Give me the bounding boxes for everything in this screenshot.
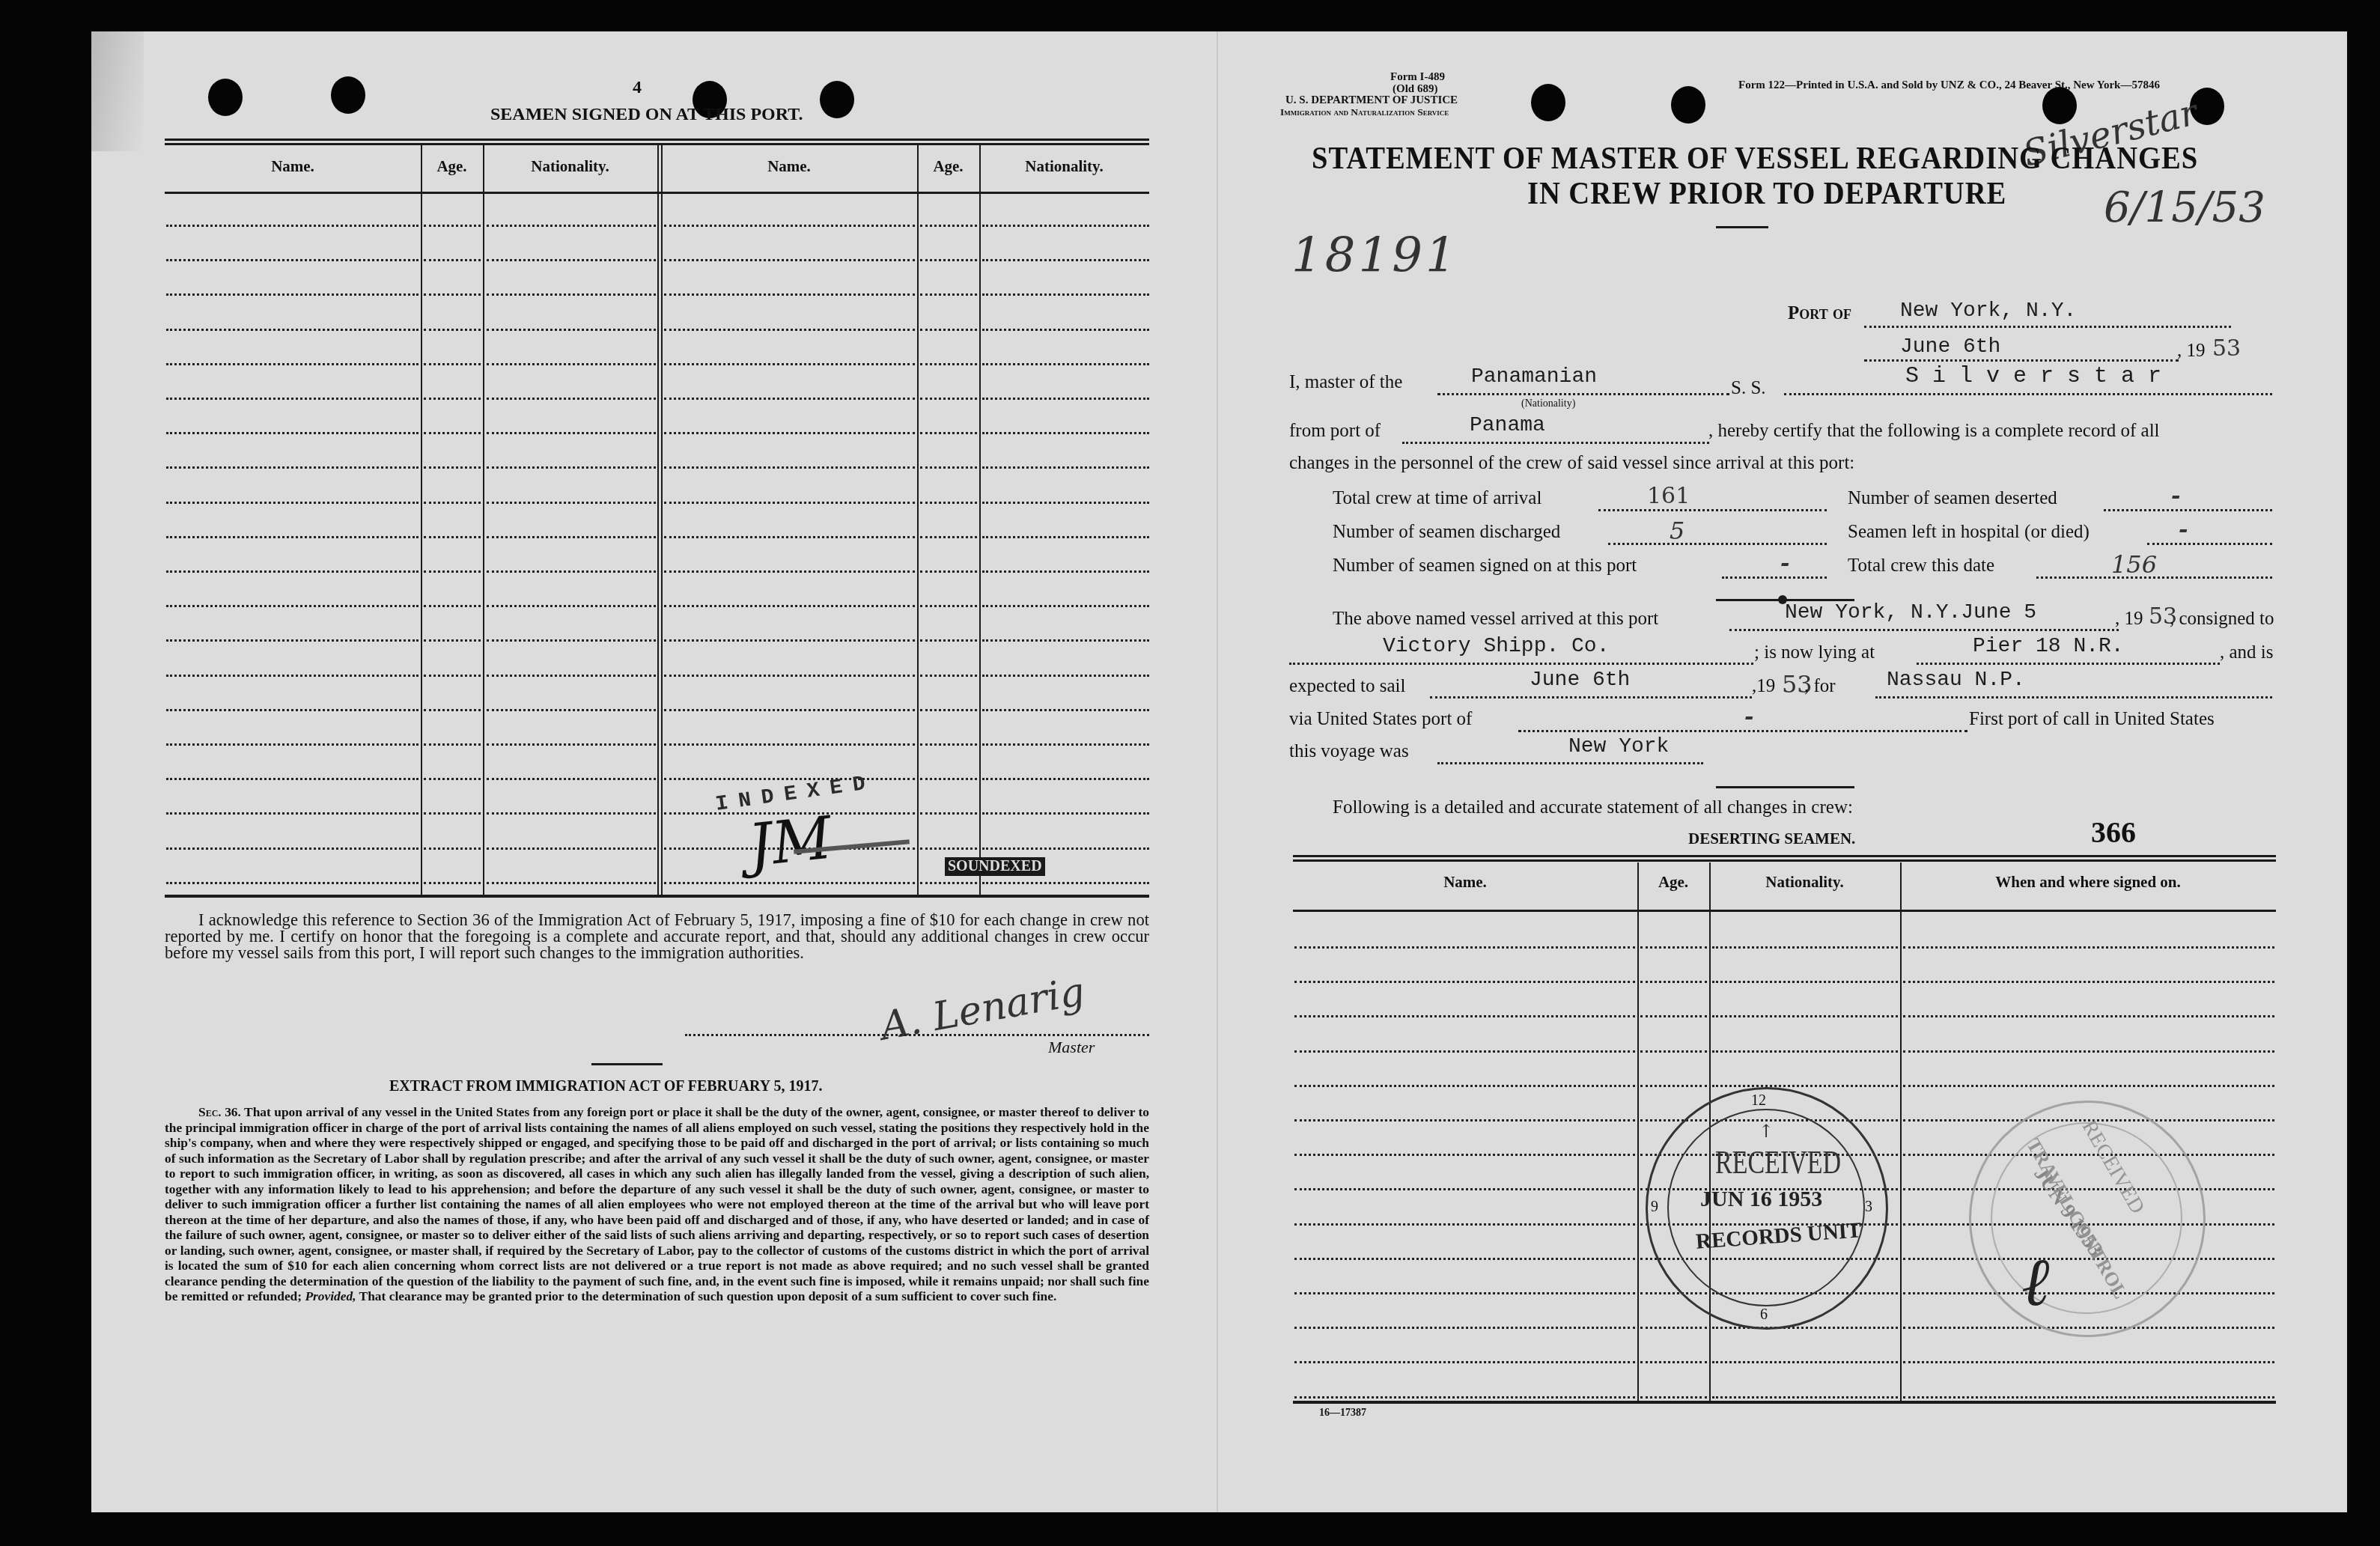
hospital-label: Seamen left in hospital (or died) [1848, 522, 2090, 543]
table-row-line [920, 743, 977, 746]
stamp-number: 366 [2091, 815, 2136, 850]
punch-hole [820, 81, 854, 118]
for-label: , for [1804, 676, 1836, 697]
port-of-value: New York, N.Y. [1900, 299, 2076, 323]
table-row-line [487, 812, 656, 815]
table-row-line [920, 536, 977, 538]
lying-label: ; is now lying at [1754, 642, 1875, 663]
extract-tail: That clearance may be granted prior to t… [359, 1288, 1057, 1303]
discharged-line [1608, 543, 1827, 545]
table-row-line [664, 466, 915, 469]
table-bottom-rule [165, 895, 1149, 898]
sail-label: expected to sail [1289, 676, 1406, 697]
table-row-line [166, 605, 419, 607]
certify-text: , hereby certify that the following is a… [1708, 421, 2160, 442]
table-row-line [982, 536, 1149, 538]
table-row-line [1712, 1327, 1898, 1329]
table-row-line [166, 882, 419, 884]
table-row-line [487, 605, 656, 607]
table-row-line [982, 398, 1149, 400]
master-label: Master [1048, 1038, 1095, 1057]
table-row-line [664, 743, 915, 746]
column-divider [979, 145, 981, 895]
column-header-age: Age. [1637, 873, 1709, 892]
handwritten-date-note: 6/15/53 [2104, 183, 2265, 232]
table-row-line [1294, 1396, 1635, 1399]
table-row-line [1903, 1361, 2274, 1363]
table-row-line [424, 293, 481, 296]
nationality-line [1437, 393, 1729, 395]
table-row-line [920, 259, 977, 261]
table-row-line [920, 502, 977, 504]
table-row-line [1712, 1050, 1898, 1053]
destination-line [1875, 696, 2272, 699]
title-underline [1716, 226, 1768, 228]
arrived-label: The above named vessel arrived at this p… [1333, 609, 1658, 630]
signed-on-value: - [1780, 550, 1789, 576]
received-label: RECEIVED [1715, 1145, 1841, 1181]
punch-hole [1531, 84, 1565, 121]
department-name: U. S. DEPARTMENT OF JUSTICE [1285, 94, 1458, 107]
total-date-label: Total crew this date [1848, 556, 1994, 576]
table-row-line [920, 570, 977, 573]
table-top-rule [1293, 855, 2276, 857]
form-number: Form I-489 [1390, 71, 1445, 84]
deserted-label: Number of seamen deserted [1848, 488, 2057, 509]
table-row-line [166, 847, 419, 850]
signature-line [685, 1034, 1149, 1036]
table-row-line [664, 605, 915, 607]
table-row-line [424, 605, 481, 607]
total-date-value: 156 [2111, 550, 2157, 579]
table-row-line [487, 502, 656, 504]
changes-text: changes in the personnel of the crew of … [1289, 453, 1854, 474]
table-row-line [664, 225, 915, 227]
table-row-line [982, 259, 1149, 261]
and-is-label: , and is [2220, 642, 2274, 663]
table-row-line [664, 259, 915, 261]
consignee-line [1289, 663, 1753, 665]
table-row-line [1640, 1396, 1707, 1399]
column-header-age: Age. [917, 157, 979, 176]
table-row-line [424, 570, 481, 573]
table-row-line [982, 847, 1149, 850]
section-divider [1716, 786, 1854, 788]
table-row-line [487, 259, 656, 261]
table-row-line [424, 743, 481, 746]
lying-value: Pier 18 N.R. [1973, 635, 2124, 658]
table-row-line [424, 363, 481, 365]
received-records-unit-stamp: RECEIVED JUN 16 1953 RECORDS UNIT ↑ 12 3… [1646, 1087, 1888, 1330]
table-top-rule [1293, 859, 2276, 862]
table-row-line [487, 743, 656, 746]
travel-stamp-initials: ℓ [2021, 1243, 2050, 1321]
table-row-line [982, 709, 1149, 711]
table-row-line [1903, 1085, 2274, 1087]
initials-signature: JM [746, 804, 836, 880]
punch-hole [331, 76, 365, 114]
table-row-line [1712, 981, 1898, 983]
table-row-line [1712, 1015, 1898, 1017]
table-row-line [166, 225, 419, 227]
punch-hole [208, 79, 243, 116]
table-row-line [920, 675, 977, 677]
table-row-line [982, 502, 1149, 504]
discharged-label: Number of seamen discharged [1333, 522, 1560, 543]
clock-number-6: 6 [1760, 1306, 1768, 1324]
table-row-line [664, 570, 915, 573]
table-row-line [982, 293, 1149, 296]
table-row-line [424, 847, 481, 850]
table-row-line [1294, 1188, 1635, 1190]
divider-rule [591, 1063, 663, 1065]
column-divider [1637, 862, 1639, 1401]
table-row-line [487, 293, 656, 296]
printer-line: Form 122—Printed in U.S.A. and Sold by U… [1738, 79, 2160, 92]
table-row-line [982, 743, 1149, 746]
following-text: Following is a detailed and accurate sta… [1333, 797, 1853, 818]
form-title-line-1: STATEMENT OF MASTER OF VESSEL REGARDING … [1312, 141, 2198, 177]
table-row-line [1294, 1154, 1635, 1156]
port-of-line [1864, 326, 2231, 328]
table-row-line [487, 225, 656, 227]
punch-hole [2042, 87, 2077, 124]
table-row-line [1712, 946, 1898, 949]
page-fold [1217, 31, 1218, 1512]
date-line [1864, 359, 2179, 362]
section-title: SEAMEN SIGNED ON AT THIS PORT. [490, 105, 803, 125]
table-row-line [920, 432, 977, 434]
table-row-line [1712, 1085, 1898, 1087]
table-row-line [166, 812, 419, 815]
table-row-line [487, 570, 656, 573]
extract-provided: Provided, [305, 1288, 356, 1303]
column-header-age: Age. [421, 157, 483, 176]
table-row-line [664, 778, 915, 780]
table-top-rule [165, 139, 1149, 141]
table-row-line [1903, 1050, 2274, 1053]
lying-line [1917, 663, 2220, 665]
table-row-line [1294, 981, 1635, 983]
table-row-line [664, 398, 915, 400]
deserting-title: DESERTING SEAMEN. [1688, 830, 1855, 848]
table-row-line [664, 709, 915, 711]
table-row-line [920, 709, 977, 711]
table-row-line [664, 363, 915, 365]
table-row-line [664, 536, 915, 538]
certification-text: I acknowledge this reference to Section … [165, 912, 1149, 961]
table-row-line [664, 432, 915, 434]
table-row-line [920, 778, 977, 780]
extract-title: EXTRACT FROM IMMIGRATION ACT OF FEBRUARY… [389, 1078, 822, 1095]
table-row-line [1712, 1361, 1898, 1363]
signed-on-label: Number of seamen signed on at this port [1333, 556, 1637, 576]
table-row-line [1903, 981, 2274, 983]
table-row-line [1640, 946, 1707, 949]
table-row-line [1294, 1015, 1635, 1017]
column-header-nationality: Nationality. [979, 157, 1149, 176]
table-row-line [920, 812, 977, 815]
deserted-value: - [2171, 483, 2180, 509]
table-row-line [166, 363, 419, 365]
paper-corner-shadow [91, 31, 144, 151]
column-divider [661, 145, 663, 895]
table-row-line [487, 398, 656, 400]
table-row-line [487, 536, 656, 538]
extract-body: Sec. 36. That upon arrival of any vessel… [165, 1104, 1149, 1304]
consigned-label: , consigned to [2170, 609, 2274, 630]
table-row-line [920, 466, 977, 469]
table-row-line [920, 293, 977, 296]
table-row-line [424, 329, 481, 331]
table-row-line [982, 812, 1149, 815]
table-row-line [166, 675, 419, 677]
consignee-value: Victory Shipp. Co. [1383, 635, 1609, 658]
table-row-line [982, 225, 1149, 227]
table-row-line [166, 466, 419, 469]
table-row-line [166, 259, 419, 261]
table-row-line [664, 502, 915, 504]
table-row-line [424, 502, 481, 504]
table-row-line [1294, 1327, 1635, 1329]
table-row-line [1640, 1361, 1707, 1363]
table-row-line [1903, 946, 2274, 949]
received-date: JUN 16 1953 [1700, 1187, 1822, 1212]
table-row-line [424, 675, 481, 677]
table-row-line [487, 709, 656, 711]
table-row-line [1903, 1015, 2274, 1017]
table-row-line [664, 639, 915, 642]
column-header-nationality: Nationality. [483, 157, 657, 176]
table-row-line [982, 363, 1149, 365]
table-row-line [1640, 1085, 1707, 1087]
arrow-icon: ↑ [1759, 1121, 1774, 1142]
table-row-line [424, 536, 481, 538]
table-row-line [424, 225, 481, 227]
table-row-line [487, 882, 656, 884]
column-divider [917, 145, 919, 895]
form-title-line-2: IN CREW PRIOR TO DEPARTURE [1527, 176, 2006, 212]
column-header-name: Name. [661, 157, 917, 176]
table-row-line [1640, 1015, 1707, 1017]
column-header-nationality: Nationality. [1709, 873, 1900, 892]
table-row-line [424, 812, 481, 815]
table-row-line [1903, 1396, 2274, 1399]
port-of-label: Port of [1788, 303, 1851, 324]
table-row-line [166, 293, 419, 296]
sail-line [1430, 696, 1752, 699]
via-label: via United States port of [1289, 709, 1472, 730]
date-value: June 6th [1900, 335, 2000, 359]
table-row-line [664, 882, 915, 884]
table-row-line [166, 639, 419, 642]
column-divider [421, 145, 422, 895]
arrived-year-prefix: , 19 [2115, 609, 2143, 630]
table-row-line [1712, 1396, 1898, 1399]
table-row-line [920, 329, 977, 331]
total-arrival-value: 161 [1647, 483, 1690, 509]
from-port-line [1402, 442, 1709, 444]
table-row-line [982, 329, 1149, 331]
table-row-line [982, 570, 1149, 573]
table-row-line [664, 329, 915, 331]
table-row-line [982, 778, 1149, 780]
table-row-line [920, 639, 977, 642]
table-row-line [166, 709, 419, 711]
table-row-line [982, 639, 1149, 642]
clock-number-9: 9 [1651, 1199, 1658, 1216]
first-port-label: First port of call in United States [1969, 709, 2215, 730]
service-name: Immigration and Naturalization Service [1280, 106, 1449, 118]
table-row-line [166, 432, 419, 434]
destination-value: Nassau N.P. [1887, 669, 2025, 692]
sail-date-value: June 6th [1530, 669, 1630, 692]
table-row-line [982, 675, 1149, 677]
punch-hole [1671, 86, 1705, 124]
master-of-label: I, master of the [1289, 372, 1402, 393]
table-row-line [424, 432, 481, 434]
table-row-line [920, 882, 977, 884]
table-row-line [487, 329, 656, 331]
extract-section-label: Sec. 36. [198, 1104, 241, 1119]
footer-code: 16—17387 [1319, 1407, 1366, 1419]
table-row-line [982, 882, 1149, 884]
table-row-line [1294, 1050, 1635, 1053]
table-row-line [1294, 1085, 1635, 1087]
handwritten-file-number: 18191 [1291, 228, 1459, 284]
nationality-value: Panamanian [1471, 365, 1597, 389]
clock-number-3: 3 [1865, 1199, 1872, 1216]
table-row-line [424, 398, 481, 400]
table-row-line [982, 605, 1149, 607]
table-row-line [166, 398, 419, 400]
table-row-line [1294, 1119, 1635, 1122]
table-row-line [920, 363, 977, 365]
hospital-value: - [2179, 517, 2188, 543]
column-header-name: Name. [165, 157, 421, 176]
from-port-value: Panama [1470, 414, 1545, 437]
table-row-line [982, 432, 1149, 434]
arrived-line [1729, 629, 2119, 631]
hospital-line [2147, 543, 2272, 545]
table-row-line [166, 502, 419, 504]
table-row-line [1640, 1327, 1707, 1329]
table-row-line [664, 293, 915, 296]
column-divider [483, 145, 484, 895]
table-row-line [166, 778, 419, 780]
table-row-line [166, 570, 419, 573]
via-line [1518, 730, 1967, 732]
table-row-line [1294, 1292, 1635, 1294]
table-row-line [1294, 946, 1635, 949]
table-row-line [1294, 1361, 1635, 1363]
sail-year-prefix: ,19 [1752, 676, 1775, 697]
vessel-name-line [1784, 393, 2272, 395]
deserted-line [2104, 509, 2272, 511]
total-arrival-line [1598, 509, 1827, 511]
arrived-value: New York, N.Y.June 5 [1785, 601, 2036, 624]
table-row-line [664, 675, 915, 677]
table-bottom-rule [1293, 1401, 2276, 1404]
soundexed-stamp: SOUNDEXED [945, 857, 1045, 876]
page-number: 4 [633, 78, 642, 98]
certification-body: I acknowledge this reference to Section … [165, 910, 1149, 962]
table-row-line [920, 605, 977, 607]
first-port-value: New York [1568, 735, 1669, 758]
column-divider [1900, 862, 1902, 1401]
table-header-rule [1293, 910, 2276, 912]
nationality-caption: (Nationality) [1521, 398, 1575, 410]
voyage-label: this voyage was [1289, 741, 1409, 762]
table-row-line [487, 675, 656, 677]
total-arrival-label: Total crew at time of arrival [1333, 488, 1541, 509]
table-row-line [166, 743, 419, 746]
table-row-line [1640, 981, 1707, 983]
table-row-line [424, 639, 481, 642]
table-row-line [487, 432, 656, 434]
travel-control-stamp: RECEIVED JUN 9 1953 TRAVEL CONTROL [1969, 1101, 2206, 1337]
table-row-line [1294, 1223, 1635, 1226]
column-divider [657, 145, 659, 895]
table-row-line [487, 639, 656, 642]
from-port-label: from port of [1289, 421, 1381, 442]
table-row-line [982, 466, 1149, 469]
column-header-when-where: When and where signed on. [1900, 873, 2276, 892]
extract-body-text: That upon arrival of any vessel in the U… [165, 1104, 1149, 1303]
ss-label: S. S. [1731, 378, 1766, 399]
table-row-line [166, 329, 419, 331]
table-row-line [166, 536, 419, 538]
table-row-line [487, 778, 656, 780]
table-row-line [920, 398, 977, 400]
table-row-line [487, 363, 656, 365]
voyage-line [1437, 762, 1703, 764]
discharged-value: 5 [1670, 517, 1684, 545]
table-row-line [920, 847, 977, 850]
table-row-line [920, 225, 977, 227]
date-year-value: 53 [2212, 335, 2241, 362]
table-row-line [424, 778, 481, 780]
table-row-line [424, 882, 481, 884]
table-row-line [1294, 1258, 1635, 1260]
table-row-line [1640, 1050, 1707, 1053]
table-row-line [424, 259, 481, 261]
column-header-name: Name. [1293, 873, 1637, 892]
signed-on-line [1722, 576, 1827, 579]
vessel-name-value: S i l v e r s t a r [1905, 364, 2161, 389]
date-year-prefix: , 19 [2177, 341, 2206, 362]
table-row-line [424, 709, 481, 711]
clock-number-12: 12 [1751, 1092, 1766, 1110]
table-row-line [424, 466, 481, 469]
table-row-line [487, 466, 656, 469]
via-value: - [1744, 704, 1753, 730]
table-row-line [487, 847, 656, 850]
